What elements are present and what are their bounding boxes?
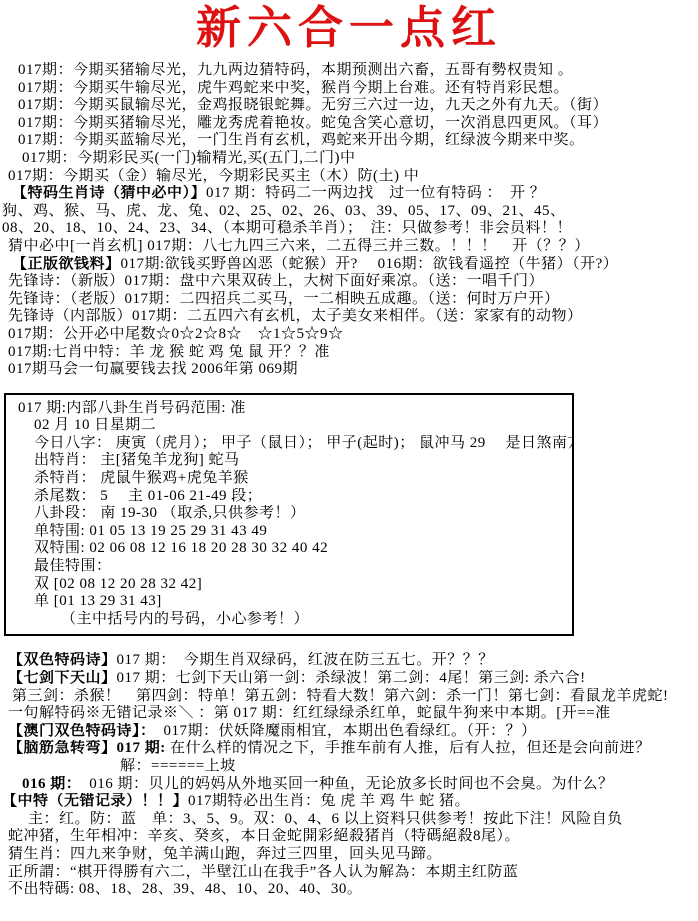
line-text: 蛇冲猪，生年相冲：辛亥、癸亥，本日金蛇開彩絕殺猪肖（特碼絕殺8尾）。 [8,828,520,844]
text-line: 先锋诗：（新版）017期：盘中六果双砖上，大树下面好乘凉。（送：一唱千门） [0,273,698,291]
line-text: 一句解特码※无错记录※＼ ：第 017 期：红红绿绿杀红单，蛇鼠牛狗来中本期。[… [8,705,611,721]
box-line: 杀尾数： 5 主 01-06 21-49 段； [6,488,572,506]
text-line: 【双色特码诗】017 期： 今期生肖双绿码，红波在防三五七。开？？？ [0,652,698,670]
text-line: 第三剑：杀猴！ 第四剑：特单！第五剑：特看大数！第六剑：杀一门！第七剑：看鼠龙羊… [0,688,698,706]
text-line: 猜中必中[一肖玄机] 017期：八七九四三六来，二五得三并三数。！！！ 开（？？… [0,238,698,256]
line-prefix: 016 期： [22,776,74,792]
line-text: 017期：今期买猪输尽光，雕龙秀虎着艳妆。蛇兔含笑心意切，一次消息四更风。（耳） [18,115,608,131]
text-line: 解：======上坡 [0,758,698,776]
top-section: 017期：今期买猪输尽光，九九两边猜特码，本期预测出六畜，五哥有勢权贵知 。 0… [0,62,698,379]
box-line: 双特围: 02 06 08 12 16 18 20 28 30 32 40 42 [6,540,572,558]
text-line: 08、20、18、10、24、23、34、（本期可稳杀羊肖）； 注：只做参考！非… [0,220,698,238]
text-line: 正所謂：“棋开得勝有六二，半壁江山在我手”各人认为解為：本期主红防蓝 [0,864,698,882]
line-text: 017期：今期买（金）输尽光，今期彩民买主（木）防(土) 中 [8,168,419,184]
line-text: 08、20、18、10、24、23、34、（本期可稳杀羊肖）； 注：只做参考！非… [2,220,572,236]
text-line: 017期：今期买猪输尽光，九九两边猜特码，本期预测出六畜，五哥有勢权贵知 。 [0,62,698,80]
line-text: 017期：伏妖降魔雨相宜，本期出色看绿红。（开：？） [148,723,537,739]
text-line: 【七剑下天山】017 期：七剑下天山第一剑：杀绿波！第二剑：4尾！第三剑: 杀六… [0,670,698,688]
line-text: 017期:欲钱买野兽凶恶（蛇猴）开? 016期：欲钱看遥控（牛猪）（开?） [121,256,619,272]
box-line: 最佳特围： [6,558,572,576]
line-text: 016 期：贝儿的妈妈从外地买回一种鱼，无论放多长时间也不会臭。为什么？ [74,776,614,792]
line-prefix: 【七剑下天山】 [8,670,117,686]
box-line: （主中括号内的号码，小心参考！） [6,611,572,629]
line-text: 017期：今期买鼠输尽光，金鸡报晓银蛇舞。无穷三六过一边，九天之外有九天。（街） [18,97,608,113]
line-text: 017期：公开必中尾数☆0☆2☆8☆ ☆1☆5☆9☆ [8,326,344,342]
line-text: 017期：今期买牛输尽光，虎牛鸡蛇来中奖，猴肖今期上台难。还有特肖彩民想。 [18,80,569,96]
text-line: 017期：今期买鼠输尽光，金鸡报晓银蛇舞。无穷三六过一边，九天之外有九天。（街） [0,97,698,115]
text-line: 蛇冲猪，生年相冲：辛亥、癸亥，本日金蛇開彩絕殺猪肖（特碼絕殺8尾）。 [0,828,698,846]
text-line: 017期马会一句赢要钱去找 2006年第 069期 [0,361,698,379]
line-text: 017期:七肖中特：羊 龙 猴 蛇 鸡 兔 鼠 开？？准 [8,344,330,360]
box-line: 出特肖： 主[猪兔羊龙狗] 蛇马 [6,452,572,470]
line-text: 先锋诗：（老版）017期：二四招兵二买马，一二相映五成趣。（送：何时万户开） [8,291,560,307]
box-line: 017 期:内部八卦生肖号码范围: 准 [6,400,572,418]
text-line: 017期：今期买猪输尽光，雕龙秀虎着艳妆。蛇兔含笑心意切，一次消息四更风。（耳） [0,115,698,133]
line-text: 017 期：七剑下天山第一剑：杀绿波！第二剑：4尾！第三剑: 杀六合! [117,670,586,686]
text-line: 【中特（无错记录）！！】017期特必出生肖：兔 虎 羊 鸡 牛 蛇 猪。 [0,793,698,811]
text-line: 016 期： 016 期：贝儿的妈妈从外地买回一种鱼，无论放多长时间也不会臭。为… [0,776,698,794]
text-line: 先锋诗：（老版）017期：二四招兵二买马，一二相映五成趣。（送：何时万户开） [0,291,698,309]
page-title: 新六合一点红 [0,2,698,54]
line-prefix: 【澳门双色特码诗】： [8,723,148,739]
text-line: 狗、鸡、猴、马、虎、龙、兔、02、25、02、26、03、39、05、17、09… [0,203,698,221]
text-line: 017期：今期彩民买(一门)输精光,买(五门,二门)中 [0,150,698,168]
text-line: 【澳门双色特码诗】： 017期：伏妖降魔雨相宜，本期出色看绿红。（开：？） [0,723,698,741]
line-text: 017期：今期彩民买(一门)输精光,买(五门,二门)中 [22,150,355,166]
text-line: 017期：今期买（金）输尽光，今期彩民买主（木）防(土) 中 [0,168,698,186]
box-line: 单特围: 01 05 13 19 25 29 31 43 49 [6,523,572,541]
line-text: 017 期：特码二一两边找 过一位有特码 ： 开 ？ [206,185,545,201]
line-text: 017期马会一句赢要钱去找 2006年第 069期 [8,361,298,377]
line-text: 017期特必出生肖：兔 虎 羊 鸡 牛 蛇 猪。 [188,793,470,809]
text-line: 一句解特码※无错记录※＼ ：第 017 期：红红绿绿杀红单，蛇鼠牛狗来中本期。[… [0,705,698,723]
line-text: 猜中必中[一肖玄机] 017期：八七九四三六来，二五得三并三数。！！！ 开（？？… [8,238,590,254]
text-line: 猜生肖：四九来争财，兔羊满山跑，奔过三四里，回头见马蹄。 [0,846,698,864]
bottom-section: 【双色特码诗】017 期： 今期生肖双绿码，红波在防三五七。开？？？ 【七剑下天… [0,652,698,898]
line-prefix: 【正版欲钱料】 [12,256,121,272]
line-text: 017期：今期买猪输尽光，九九两边猜特码，本期预测出六畜，五哥有勢权贵知 。 [18,62,573,78]
text-line: 【特码生肖诗（猜中必中）】017 期：特码二一两边找 过一位有特码 ： 开 ？ [0,185,698,203]
text-line: 【正版欲钱料】017期:欲钱买野兽凶恶（蛇猴）开? 016期：欲钱看遥控（牛猪）… [0,256,698,274]
line-prefix: 【脑筋急转弯】017 期: [8,740,166,756]
bagua-info-box: 017 期:内部八卦生肖号码范围: 准 02 月 10 日星期二 今日八字： 庚… [4,393,574,637]
box-line: 02 月 10 日星期二 [6,417,572,435]
line-text: 017 期： 今期生肖双绿码，红波在防三五七。开？？？ [117,652,494,668]
line-text: 在什么样的情况之下，手推车前有人推，后有人拉，但还是会向前进？ [166,740,651,756]
box-line: 单 [01 13 29 31 43] [6,593,572,611]
line-text: 猜生肖：四九来争财，兔羊满山跑，奔过三四里，回头见马蹄。 [8,846,442,862]
line-text: 正所謂：“棋开得勝有六二，半壁江山在我手”各人认为解為：本期主红防蓝 [8,864,518,880]
line-text: 先锋诗（内部版）017期：二五四六有玄机，太子美女来相伴。（送：家家有的动物） [8,308,583,324]
lottery-tip-sheet: 新六合一点红 017期：今期买猪输尽光，九九两边猜特码，本期预测出六畜，五哥有勢… [0,2,698,921]
text-line: 017期：今期买蓝输尽光，一门生肖有玄机，鸡蛇来开出今期，红绿波今期来中奖。 [0,132,698,150]
text-line: 017期：公开必中尾数☆0☆2☆8☆ ☆1☆5☆9☆ [0,326,698,344]
line-text: 不出特碼: 08、18、28、39、48、10、20、40、30。 [8,881,362,897]
line-text: 017期：今期买蓝输尽光，一门生肖有玄机，鸡蛇来开出今期，红绿波今期来中奖。 [18,132,585,148]
text-line: 017期:七肖中特：羊 龙 猴 蛇 鸡 兔 鼠 开？？准 [0,344,698,362]
text-line: 主：红。防：蓝 单：3、5、9。双：0、4、6 以上资料只供参考！按此下注！风险… [0,811,698,829]
line-prefix: 【双色特码诗】 [8,652,117,668]
line-text: 第三剑：杀猴！ 第四剑：特单！第五剑：特看大数！第六剑：杀一门！第七剑：看鼠龙羊… [12,688,669,704]
box-line: 八卦段： 南 19-30 （取杀,只供参考！） [6,505,572,523]
text-line: 017期：今期买牛输尽光，虎牛鸡蛇来中奖，猴肖今期上台难。还有特肖彩民想。 [0,80,698,98]
box-line: 今日八字： 庚寅（虎月）； 甲子（鼠日）； 甲子(起时)； 鼠冲马 29 是日煞… [6,435,572,453]
text-line: 不出特碼: 08、18、28、39、48、10、20、40、30。 [0,881,698,899]
line-prefix: 【特码生肖诗（猜中必中）】 [12,185,206,201]
line-text: 解：======上坡 [120,758,236,774]
line-text: 先锋诗：（新版）017期：盘中六果双砖上，大树下面好乘凉。（送：一唱千门） [8,273,544,289]
line-prefix: 【中特（无错记录）！！】 [2,793,188,809]
box-line: 双 [02 08 12 20 28 32 42] [6,576,572,594]
line-text: 主：红。防：蓝 单：3、5、9。双：0、4、6 以上资料只供参考！按此下注！风险… [28,811,623,827]
line-text: 狗、鸡、猴、马、虎、龙、兔、02、25、02、26、03、39、05、17、09… [2,203,566,219]
text-line: 先锋诗（内部版）017期：二五四六有玄机，太子美女来相伴。（送：家家有的动物） [0,308,698,326]
box-line: 杀特肖： 虎鼠牛猴鸡+虎兔羊猴 [6,470,572,488]
text-line: 【脑筋急转弯】017 期: 在什么样的情况之下，手推车前有人推，后有人拉，但还是… [0,740,698,758]
